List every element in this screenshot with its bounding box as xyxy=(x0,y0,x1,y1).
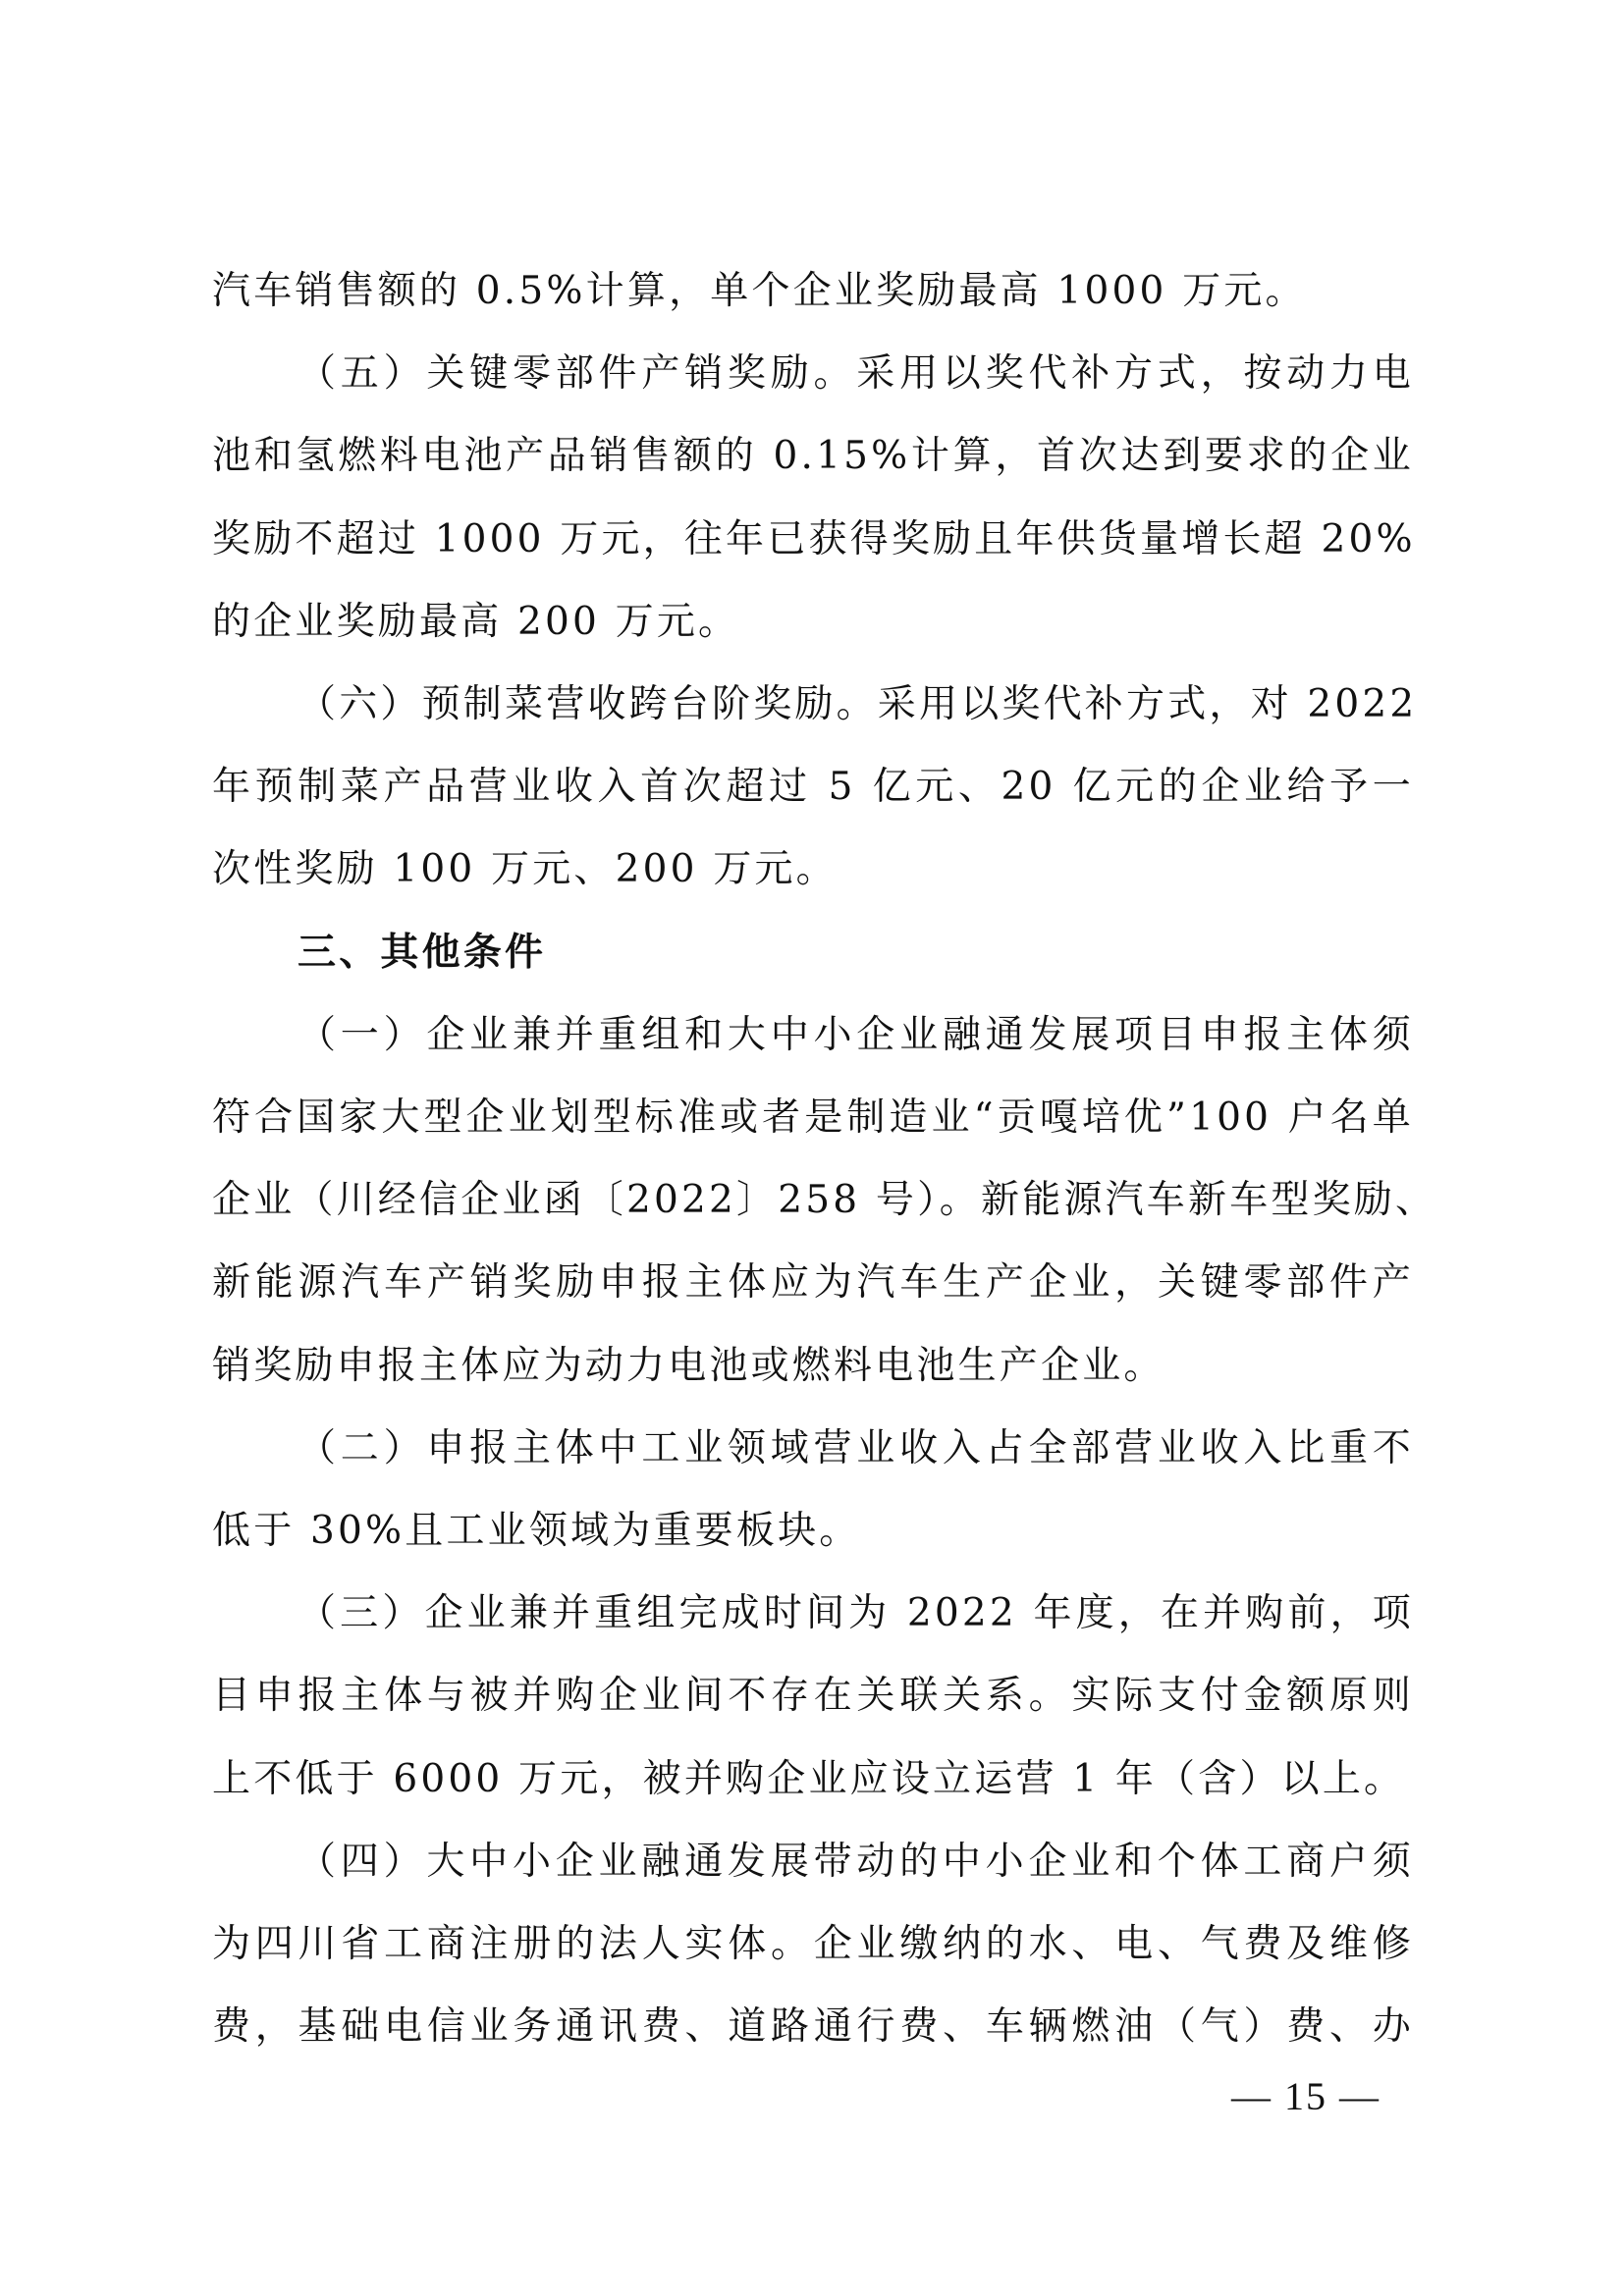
paragraph-condition-2: （二）申报主体中工业领域营业收入占全部营业收入比重不 低于 30%且工业领域为重… xyxy=(212,1408,1414,1573)
text-line: 目申报主体与被并购企业间不存在关联关系。实际支付金额原则 xyxy=(212,1655,1414,1737)
text-line: 销奖励申报主体应为动力电池或燃料电池生产企业。 xyxy=(212,1325,1414,1408)
paragraph-continuation: 汽车销售额的 0.5%计算，单个企业奖励最高 1000 万元。 xyxy=(212,250,1414,333)
paragraph-condition-4: （四）大中小企业融通发展带动的中小企业和个体工商户须 为四川省工商注册的法人实体… xyxy=(212,1821,1414,2069)
section-heading: 三、其他条件 xyxy=(212,912,1414,994)
text-line: 为四川省工商注册的法人实体。企业缴纳的水、电、气费及维修 xyxy=(212,1903,1414,1986)
page-number: — 15 — xyxy=(1218,2073,1394,2119)
text-line: （二）申报主体中工业领域营业收入占全部营业收入比重不 xyxy=(212,1408,1414,1490)
paragraph-key-components-reward: （五）关键零部件产销奖励。采用以奖代补方式，按动力电 池和氢燃料电池产品销售额的… xyxy=(212,333,1414,664)
document-body: 汽车销售额的 0.5%计算，单个企业奖励最高 1000 万元。 （五）关键零部件… xyxy=(212,250,1414,2068)
text-line: 次性奖励 100 万元、200 万元。 xyxy=(212,828,1414,911)
document-page: 汽车销售额的 0.5%计算，单个企业奖励最高 1000 万元。 （五）关键零部件… xyxy=(0,0,1624,2296)
text-line: 池和氢燃料电池产品销售额的 0.15%计算，首次达到要求的企业 xyxy=(212,415,1414,498)
text-line: 新能源汽车产销奖励申报主体应为汽车生产企业，关键零部件产 xyxy=(212,1242,1414,1324)
text-line: （一）企业兼并重组和大中小企业融通发展项目申报主体须 xyxy=(212,994,1414,1077)
text-line: 费，基础电信业务通讯费、道路通行费、车辆燃油（气）费、办 xyxy=(212,1986,1414,2068)
paragraph-condition-3: （三）企业兼并重组完成时间为 2022 年度，在并购前，项 目申报主体与被并购企… xyxy=(212,1573,1414,1821)
paragraph-condition-1: （一）企业兼并重组和大中小企业融通发展项目申报主体须 符合国家大型企业划型标准或… xyxy=(212,994,1414,1408)
text-line: 的企业奖励最高 200 万元。 xyxy=(212,581,1414,664)
text-line: （四）大中小企业融通发展带动的中小企业和个体工商户须 xyxy=(212,1821,1414,1903)
text-line: 符合国家大型企业划型标准或者是制造业“贡嘎培优”100 户名单 xyxy=(212,1077,1414,1159)
text-line: 汽车销售额的 0.5%计算，单个企业奖励最高 1000 万元。 xyxy=(212,250,1414,333)
text-line: （六）预制菜营收跨台阶奖励。采用以奖代补方式，对 2022 xyxy=(212,664,1414,746)
text-line: 低于 30%且工业领域为重要板块。 xyxy=(212,1490,1414,1573)
text-line: 企业（川经信企业函〔2022〕258 号）。新能源汽车新车型奖励、 xyxy=(212,1159,1414,1242)
text-line: 年预制菜产品营业收入首次超过 5 亿元、20 亿元的企业给予一 xyxy=(212,746,1414,828)
text-line: （五）关键零部件产销奖励。采用以奖代补方式，按动力电 xyxy=(212,333,1414,415)
text-line: （三）企业兼并重组完成时间为 2022 年度，在并购前，项 xyxy=(212,1573,1414,1655)
text-line: 上不低于 6000 万元，被并购企业应设立运营 1 年（含）以上。 xyxy=(212,1738,1414,1821)
paragraph-prepared-food-reward: （六）预制菜营收跨台阶奖励。采用以奖代补方式，对 2022 年预制菜产品营业收入… xyxy=(212,664,1414,912)
text-line: 奖励不超过 1000 万元，往年已获得奖励且年供货量增长超 20% xyxy=(212,499,1414,581)
